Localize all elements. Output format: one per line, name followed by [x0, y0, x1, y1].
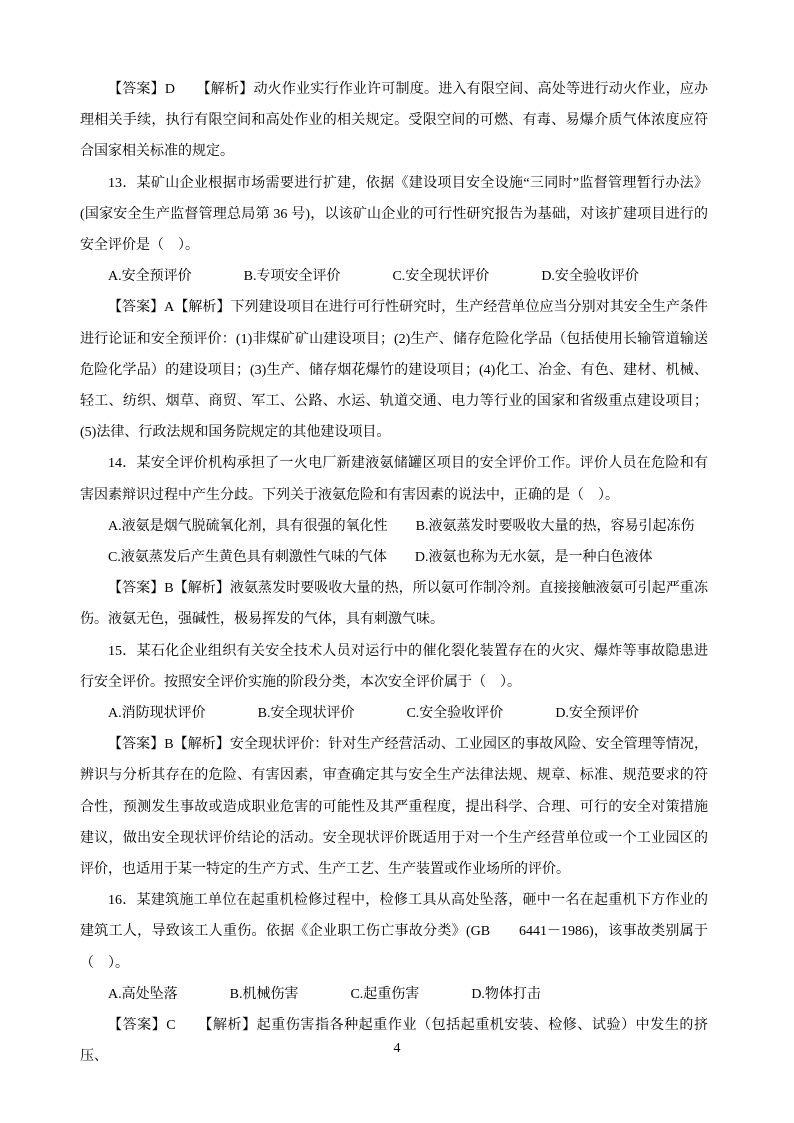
- option-b: B.机械伤害: [230, 987, 299, 1002]
- option-d: D.液氨也称为无水氨，是一种白色液体: [415, 550, 653, 565]
- page-number: 4: [0, 1040, 794, 1058]
- document-page: 【答案】D 【解析】动火作业实行作业许可制度。进入有限空间、高处等进行动火作业，…: [0, 0, 794, 1123]
- option-d: D.物体打击: [471, 987, 541, 1002]
- question-16-options: A.高处坠落B.机械伤害C.起重伤害D.物体打击: [80, 979, 708, 1010]
- answer-explanation-q13: 【答案】A【解析】下列建设项目在进行可行性研究时，生产经营单位应当分别对其安全生…: [80, 292, 708, 448]
- question-15-stem: 15．某石化企业组织有关安全技术人员对运行中的催化裂化装置存在的火灾、爆炸等事故…: [80, 636, 708, 698]
- question-14-options-ab: A.液氨是烟气脱硫氧化剂，具有很强的氧化性B.液氨蒸发时要吸收大量的热，容易引起…: [80, 511, 708, 542]
- option-d: D.安全预评价: [555, 706, 639, 721]
- option-c: C.安全验收评价: [406, 706, 503, 721]
- option-a: A.高处坠落: [108, 987, 178, 1002]
- option-a: A.消防现状评价: [108, 706, 206, 721]
- answer-explanation-q12: 【答案】D 【解析】动火作业实行作业许可制度。进入有限空间、高处等进行动火作业，…: [80, 74, 708, 168]
- option-c: C.起重伤害: [350, 987, 419, 1002]
- question-14-stem: 14．某安全评价机构承担了一火电厂新建液氨储罐区项目的安全评价工作。评价人员在危…: [80, 448, 708, 510]
- question-16-stem: 16．某建筑施工单位在起重机检修过程中，检修工具从高处坠落，砸中一名在起重机下方…: [80, 885, 708, 979]
- option-a: A.液氨是烟气脱硫氧化剂，具有很强的氧化性: [108, 519, 388, 534]
- question-15-options: A.消防现状评价B.安全现状评价C.安全验收评价D.安全预评价: [80, 698, 708, 729]
- question-13-options: A.安全预评价B.专项安全评价C.安全现状评价D.安全验收评价: [80, 261, 708, 292]
- question-13-stem: 13．某矿山企业根据市场需要进行扩建，依据《建设项目安全设施“三同时”监督管理暂…: [80, 168, 708, 262]
- option-c: C.液氨蒸发后产生黄色具有刺激性气味的气体: [108, 550, 387, 565]
- option-b: B.专项安全评价: [244, 269, 341, 284]
- answer-explanation-q14: 【答案】B【解析】液氨蒸发时要吸收大量的热，所以氨可作制冷剂。直接接触液氨可引起…: [80, 573, 708, 635]
- option-b: B.液氨蒸发时要吸收大量的热，容易引起冻伤: [416, 519, 695, 534]
- question-14-options-cd: C.液氨蒸发后产生黄色具有刺激性气味的气体D.液氨也称为无水氨，是一种白色液体: [80, 542, 708, 573]
- answer-explanation-q15: 【答案】B【解析】安全现状评价：针对生产经营活动、工业园区的事故风险、安全管理等…: [80, 729, 708, 885]
- option-d: D.安全验收评价: [541, 269, 639, 284]
- option-b: B.安全现状评价: [258, 706, 355, 721]
- option-c: C.安全现状评价: [392, 269, 489, 284]
- document-body: 【答案】D 【解析】动火作业实行作业许可制度。进入有限空间、高处等进行动火作业，…: [80, 74, 708, 1073]
- option-a: A.安全预评价: [108, 269, 192, 284]
